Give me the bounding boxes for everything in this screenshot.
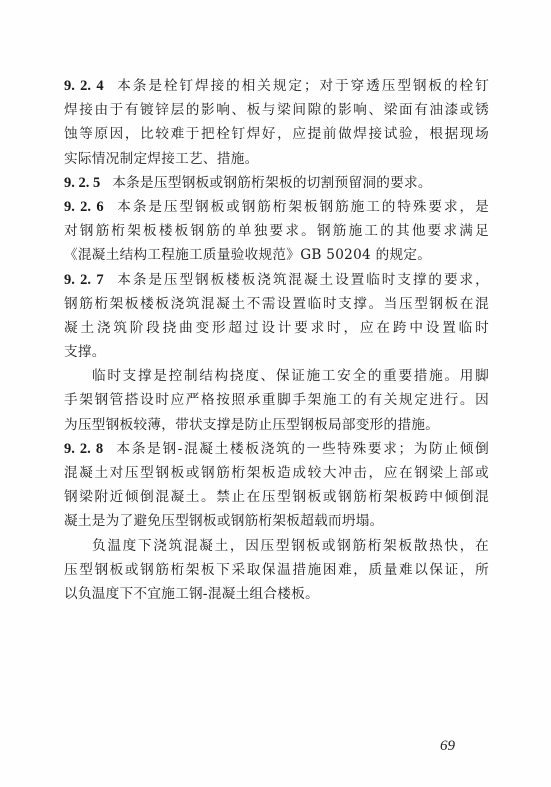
text-line: 为压型钢板较薄，带状支撑是防止压型钢板局部变形的措施。 (64, 413, 489, 437)
text-line: 9. 2. 6本条是压型钢板或钢筋桁架板钢筋施工的特殊要求，是 (64, 195, 489, 219)
text-line: 混凝土对压型钢板或钢筋桁架板造成较大冲击，应在钢梁上部或 (64, 461, 489, 485)
body-text: 9. 2. 4本条是栓钉焊接的相关规定；对于穿透压型钢板的栓钉 焊接由于有镀锌层… (64, 74, 489, 606)
text-line: 压型钢板或钢筋桁架板下采取保温措施困难，质量难以保证，所 (64, 558, 489, 582)
text-line: 9. 2. 7本条是压型钢板楼板浇筑混凝土设置临时支撑的要求， (64, 268, 489, 292)
text-line: 手架钢管搭设时应严格按照承重脚手架施工的有关规定进行。因 (64, 388, 489, 412)
text-line: 钢梁附近倾倒混凝土。禁止在压型钢板或钢筋桁架板跨中倾倒混 (64, 485, 489, 509)
text-line: 凝土是为了避免压型钢板或钢筋桁架板超载而坍塌。 (64, 509, 489, 533)
clause-number: 9. 2. 5 (64, 175, 100, 191)
text-line: 以负温度下不宜施工钢-混凝土组合楼板。 (64, 582, 489, 606)
clause-number: 9. 2. 4 (64, 78, 104, 94)
text-line: 9. 2. 4本条是栓钉焊接的相关规定；对于穿透压型钢板的栓钉 (64, 74, 489, 98)
clause-9-2-6: 9. 2. 6本条是压型钢板或钢筋桁架板钢筋施工的特殊要求，是 对钢筋桁架板楼板… (64, 195, 489, 268)
text-line: 9. 2. 8本条是钢-混凝土楼板浇筑的一些特殊要求；为防止倾倒 (64, 437, 489, 461)
clause-9-2-4: 9. 2. 4本条是栓钉焊接的相关规定；对于穿透压型钢板的栓钉 焊接由于有镀锌层… (64, 74, 489, 171)
text-line: 蚀等原因，比较难于把栓钉焊好，应提前做焊接试验，根据现场 (64, 122, 489, 146)
text-line: 临时支撑是控制结构挠度、保证施工安全的重要措施。用脚 (64, 364, 489, 388)
text-line: 《混凝土结构工程施工质量验收规范》GB 50204 的规定。 (64, 243, 489, 267)
clause-text: 本条是栓钉焊接的相关规定；对于穿透压型钢板的栓钉 (116, 78, 489, 94)
clause-number: 9. 2. 6 (64, 199, 104, 215)
clause-text: 本条是压型钢板楼板浇筑混凝土设置临时支撑的要求， (116, 272, 489, 288)
text-line: 焊接由于有镀锌层的影响、板与梁间隙的影响、梁面有油漆或锈 (64, 98, 489, 122)
text-line: 支撑。 (64, 340, 489, 364)
clause-text: 本条是钢-混凝土楼板浇筑的一些特殊要求；为防止倾倒 (115, 441, 489, 457)
text-line: 实际情况制定焊接工艺、措施。 (64, 147, 489, 171)
text-line: 9. 2. 5本条是压型钢板或钢筋桁架板的切割预留洞的要求。 (64, 171, 489, 195)
clause-text: 本条是压型钢板或钢筋桁架板的切割预留洞的要求。 (112, 175, 432, 191)
document-page: 9. 2. 4本条是栓钉焊接的相关规定；对于穿透压型钢板的栓钉 焊接由于有镀锌层… (0, 0, 551, 787)
page-number: 69 (440, 738, 455, 755)
clause-text: 本条是压型钢板或钢筋桁架板钢筋施工的特殊要求，是 (116, 199, 489, 215)
text-line: 对钢筋桁架板楼板钢筋的单独要求。钢筋施工的其他要求满足 (64, 219, 489, 243)
text-line: 负温度下浇筑混凝土，因压型钢板或钢筋桁架板散热快，在 (64, 534, 489, 558)
clause-number: 9. 2. 8 (64, 441, 103, 457)
clause-9-2-5: 9. 2. 5本条是压型钢板或钢筋桁架板的切割预留洞的要求。 (64, 171, 489, 195)
clause-9-2-8: 9. 2. 8本条是钢-混凝土楼板浇筑的一些特殊要求；为防止倾倒 混凝土对压型钢… (64, 437, 489, 606)
text-line: 凝土浇筑阶段挠曲变形超过设计要求时，应在跨中设置临时 (64, 316, 489, 340)
text-line: 钢筋桁架板楼板浇筑混凝土不需设置临时支撑。当压型钢板在混 (64, 292, 489, 316)
clause-9-2-7: 9. 2. 7本条是压型钢板楼板浇筑混凝土设置临时支撑的要求， 钢筋桁架板楼板浇… (64, 268, 489, 437)
clause-number: 9. 2. 7 (64, 272, 104, 288)
